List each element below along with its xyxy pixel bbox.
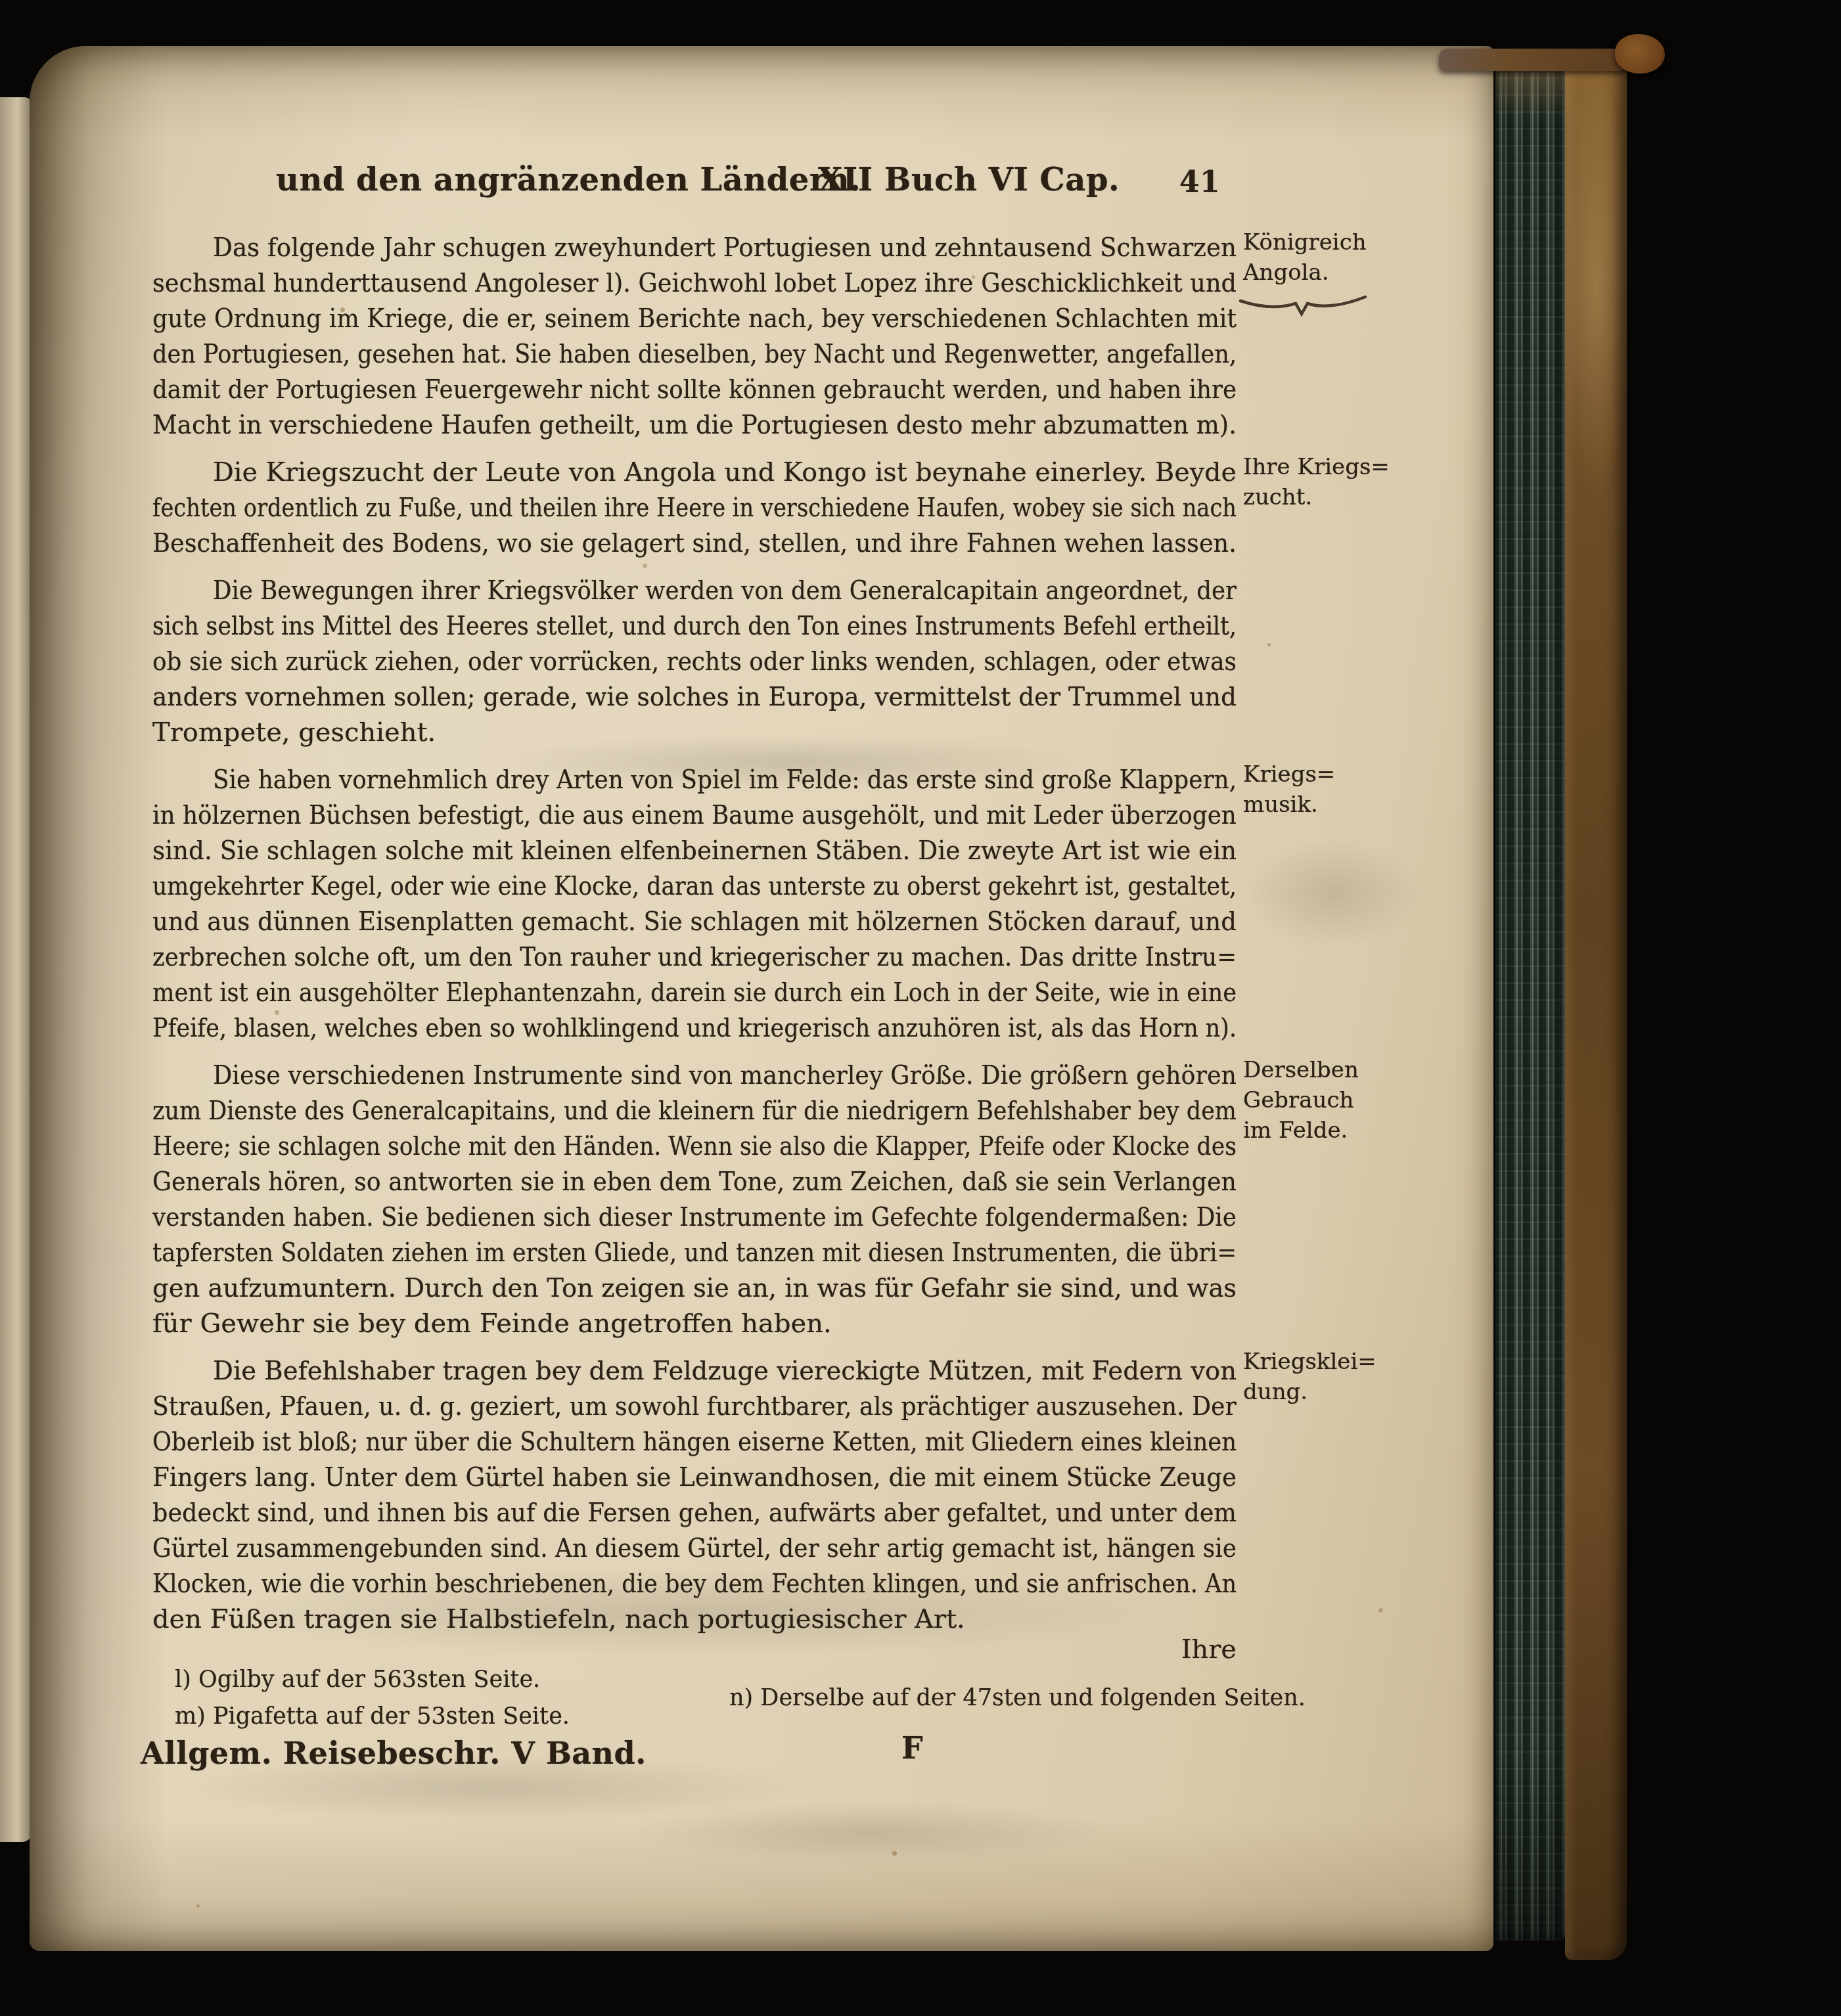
body-text-line: in hölzernen Büchsen befestigt, die aus … [152, 797, 1237, 833]
body-text-line: den Füßen tragen sie Halbstiefeln, nach … [152, 1602, 1237, 1637]
footnote-l: l) Ogilby auf der 563sten Seite. [175, 1665, 540, 1695]
footnote-n: n) Derselbe auf der 47sten und folgenden… [729, 1683, 1306, 1713]
page-number: 41 [1179, 166, 1220, 199]
running-title: und den angränzenden Ländern. [276, 162, 861, 198]
volume-signature-line: Allgem. Reisebeschr. V Band. [141, 1736, 647, 1771]
margin-note-line: Angola. [1243, 258, 1460, 288]
margin-note-line: zucht. [1243, 482, 1460, 512]
foxing-specks [0, 0, 2, 2]
body-text-line: Macht in verschiedene Haufen getheilt, u… [152, 407, 1237, 443]
gathering-mark: F [901, 1730, 923, 1766]
margin-note-line: dung. [1243, 1377, 1460, 1407]
body-text-line: Trompete, geschieht. [152, 715, 1237, 750]
body-text-line: für Gewehr sie bey dem Feinde angetroffe… [152, 1306, 1237, 1341]
headband-knob [1615, 34, 1665, 74]
bleed-through-smudge [1248, 841, 1419, 946]
body-text-line: Generals hören, so antworten sie in eben… [152, 1164, 1237, 1199]
body-text-line: Straußen, Pfauen, u. d. g. geziert, um s… [152, 1389, 1237, 1424]
body-text-line: tapfersten Soldaten ziehen im ersten Gli… [152, 1235, 1237, 1270]
paragraph-3: Die Bewegungen ihrer Kriegsvölker werden… [152, 573, 1237, 750]
paragraph-6: Die Befehlshaber tragen bey dem Feldzuge… [152, 1353, 1237, 1637]
body-text-line: Sie haben vornehmlich drey Arten von Spi… [152, 762, 1237, 797]
body-text-line: gen aufzumuntern. Durch den Ton zeigen s… [152, 1270, 1237, 1306]
body-text-line: und aus dünnen Eisenplatten gemacht. Sie… [152, 904, 1237, 939]
paragraph-4: Sie haben vornehmlich drey Arten von Spi… [152, 762, 1237, 1046]
body-text-line: bedeckt sind, und ihnen bis auf die Fers… [152, 1495, 1237, 1531]
body-text-line: Klocken, wie die vorhin beschriebenen, d… [152, 1566, 1237, 1602]
body-text-line: zum Dienste des Generalcapitains, und di… [152, 1093, 1237, 1129]
body-text-line: Die Kriegszucht der Leute von Angola und… [152, 455, 1237, 490]
body-text-line: Heere; sie schlagen solche mit den Hände… [152, 1129, 1237, 1164]
body-text-line: damit der Portugiesen Feuergewehr nicht … [152, 372, 1237, 407]
book-chapter-heading: XII Buch VI Cap. [818, 162, 1120, 198]
margin-note-line: Königreich [1243, 227, 1460, 258]
headband [1439, 49, 1624, 71]
body-text-line: fechten ordentlich zu Fuße, und theilen … [152, 490, 1237, 526]
paragraph-5: Diese verschiedenen Instrumente sind von… [152, 1058, 1237, 1341]
margin-note-line: Gebrauch [1243, 1085, 1460, 1115]
leather-spine-edge [1565, 58, 1627, 1960]
margin-note-line: im Felde. [1243, 1115, 1460, 1146]
body-text-line: anders vornehmen sollen; gerade, wie sol… [152, 679, 1237, 715]
margin-note-kriegskleidung: Kriegsklei=dung. [1243, 1347, 1460, 1407]
margin-note-line: Derselben [1243, 1055, 1460, 1085]
catchword: Ihre [152, 1634, 1237, 1665]
margin-note-line: Ihre Kriegs= [1243, 452, 1460, 482]
book-scan: und den angränzenden Ländern. XII Buch V… [0, 0, 1841, 2016]
body-text-line: gute Ordnung im Kriege, die er, seinem B… [152, 301, 1237, 336]
gutter-shadow [30, 46, 168, 1951]
body-text-line: ment ist ein ausgehölter Elephantenzahn,… [152, 975, 1237, 1010]
paragraph-1: Das folgende Jahr schugen zweyhundert Po… [152, 230, 1237, 443]
body-text-line: Gürtel zusammengebunden sind. An diesem … [152, 1531, 1237, 1566]
margin-note-kriegszucht: Ihre Kriegs=zucht. [1243, 452, 1460, 512]
body-text-line: Pfeife, blasen, welches eben so wohlklin… [152, 1010, 1237, 1046]
margin-note-line: Kriegs= [1243, 759, 1460, 790]
paragraph-2: Die Kriegszucht der Leute von Angola und… [152, 455, 1237, 561]
margin-note-koenigreich-angola: KönigreichAngola. [1243, 227, 1460, 288]
body-text-line: sechsmal hunderttausend Angoleser l). Ge… [152, 265, 1237, 301]
body-text-line: Das folgende Jahr schugen zweyhundert Po… [152, 230, 1237, 265]
margin-note-line: musik. [1243, 790, 1460, 820]
footnote-m: m) Pigafetta auf der 53sten Seite. [175, 1701, 570, 1732]
margin-note-kriegsmusik: Kriegs=musik. [1243, 759, 1460, 820]
body-text-line: verstanden haben. Sie bedienen sich dies… [152, 1199, 1237, 1235]
body-text-line: Fingers lang. Unter dem Gürtel haben sie… [152, 1460, 1237, 1495]
body-text-line: umgekehrter Kegel, oder wie eine Klocke,… [152, 868, 1237, 904]
bleed-through-smudge [631, 1803, 1104, 1862]
body-text-line: sich selbst ins Mittel des Heeres stelle… [152, 608, 1237, 644]
body-text-line: Die Befehlshaber tragen bey dem Feldzuge… [152, 1353, 1237, 1389]
margin-note-line: Kriegsklei= [1243, 1347, 1460, 1377]
body-text-line: ob sie sich zurück ziehen, oder vorrücke… [152, 644, 1237, 679]
margin-brace-flourish [1238, 292, 1369, 321]
margin-note-gebrauch-im-felde: DerselbenGebrauchim Felde. [1243, 1055, 1460, 1146]
underlying-page-edge [0, 97, 32, 1842]
body-text-line: Beschaffenheit des Bodens, wo sie gelage… [152, 526, 1237, 561]
body-text-line: zerbrechen solche oft, um den Ton rauher… [152, 939, 1237, 975]
body-text-line: Diese verschiedenen Instrumente sind von… [152, 1058, 1237, 1093]
body-text-line: sind. Sie schlagen solche mit kleinen el… [152, 833, 1237, 868]
body-text-line: den Portugiesen, gesehen hat. Sie haben … [152, 336, 1237, 372]
book-fore-edge [1495, 63, 1565, 1940]
body-text-line: Oberleib ist bloß; nur über die Schulter… [152, 1424, 1237, 1460]
body-text-line: Die Bewegungen ihrer Kriegsvölker werden… [152, 573, 1237, 608]
